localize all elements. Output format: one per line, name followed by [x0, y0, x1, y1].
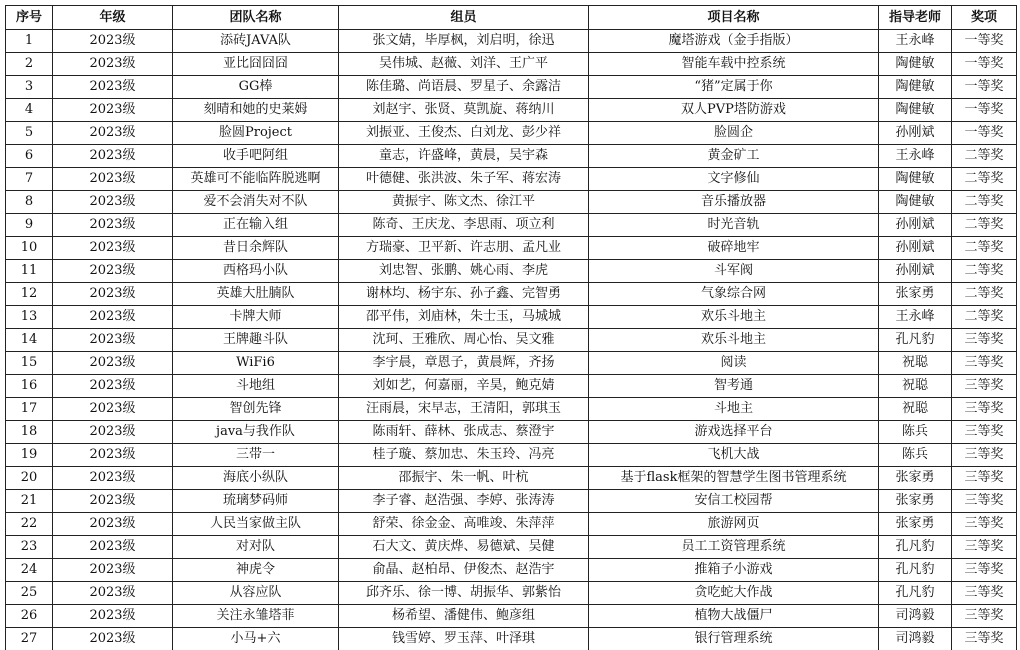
- cell-team: 西格玛小队: [173, 260, 339, 283]
- cell-advisor: 孙刚斌: [879, 214, 952, 237]
- cell-no: 27: [6, 628, 53, 650]
- cell-grade: 2023级: [53, 283, 173, 306]
- cell-no: 23: [6, 536, 53, 559]
- cell-team: 添砖JAVA队: [173, 30, 339, 53]
- header-grade: 年级: [53, 6, 173, 30]
- award-table: 序号 年级 团队名称 组员 项目名称 指导老师 奖项 12023级添砖JAVA队…: [5, 5, 1017, 650]
- cell-project: 音乐播放器: [589, 191, 879, 214]
- cell-no: 19: [6, 444, 53, 467]
- cell-grade: 2023级: [53, 398, 173, 421]
- cell-grade: 2023级: [53, 260, 173, 283]
- cell-team: 英雄大肚腩队: [173, 283, 339, 306]
- cell-members: 吴伟城、赵薇、刘洋、王广平: [339, 53, 589, 76]
- cell-grade: 2023级: [53, 191, 173, 214]
- cell-project: 魔塔游戏（金手指版）: [589, 30, 879, 53]
- table-row: 132023级卡牌大师邵平伟，刘庙林，朱士玉，马城城欢乐斗地主王永峰二等奖: [6, 306, 1017, 329]
- cell-project: 斗地主: [589, 398, 879, 421]
- cell-project: 银行管理系统: [589, 628, 879, 650]
- cell-award: 一等奖: [952, 99, 1017, 122]
- cell-team: 智创先锋: [173, 398, 339, 421]
- cell-team: 收手吧阿组: [173, 145, 339, 168]
- cell-award: 三等奖: [952, 398, 1017, 421]
- cell-award: 二等奖: [952, 283, 1017, 306]
- cell-award: 三等奖: [952, 605, 1017, 628]
- cell-no: 21: [6, 490, 53, 513]
- cell-members: 石大文、黄庆烨、易德斌、吴健: [339, 536, 589, 559]
- cell-project: 阅读: [589, 352, 879, 375]
- cell-project: 飞机大战: [589, 444, 879, 467]
- cell-grade: 2023级: [53, 421, 173, 444]
- cell-award: 二等奖: [952, 306, 1017, 329]
- table-row: 182023级java与我作队陈雨轩、薛林、张成志、蔡澄宇游戏选择平台陈兵三等奖: [6, 421, 1017, 444]
- cell-award: 三等奖: [952, 559, 1017, 582]
- cell-advisor: 陶健敏: [879, 191, 952, 214]
- table-row: 152023级WiFi6李宇晨，章恩子，黄晨辉，齐扬阅读祝聪三等奖: [6, 352, 1017, 375]
- cell-grade: 2023级: [53, 628, 173, 650]
- cell-project: 植物大战僵尸: [589, 605, 879, 628]
- cell-project: 破碎地牢: [589, 237, 879, 260]
- cell-advisor: 张家勇: [879, 490, 952, 513]
- cell-award: 三等奖: [952, 513, 1017, 536]
- cell-award: 三等奖: [952, 536, 1017, 559]
- cell-advisor: 孔凡豹: [879, 329, 952, 352]
- cell-award: 三等奖: [952, 421, 1017, 444]
- cell-no: 22: [6, 513, 53, 536]
- cell-no: 17: [6, 398, 53, 421]
- header-advisor: 指导老师: [879, 6, 952, 30]
- cell-award: 三等奖: [952, 329, 1017, 352]
- cell-no: 4: [6, 99, 53, 122]
- header-row: 序号 年级 团队名称 组员 项目名称 指导老师 奖项: [6, 6, 1017, 30]
- cell-award: 三等奖: [952, 490, 1017, 513]
- cell-no: 20: [6, 467, 53, 490]
- cell-grade: 2023级: [53, 329, 173, 352]
- cell-award: 一等奖: [952, 76, 1017, 99]
- cell-no: 15: [6, 352, 53, 375]
- table-row: 82023级爱不会消失对不队黄振宇、陈文杰、徐江平音乐播放器陶健敏二等奖: [6, 191, 1017, 214]
- cell-members: 李宇晨，章恩子，黄晨辉，齐扬: [339, 352, 589, 375]
- cell-members: 陈奇、王庆龙、李思雨、项立利: [339, 214, 589, 237]
- cell-advisor: 王永峰: [879, 145, 952, 168]
- cell-advisor: 陶健敏: [879, 76, 952, 99]
- cell-no: 8: [6, 191, 53, 214]
- table-row: 212023级琉璃梦码师李子睿、赵浩强、李婷、张涛涛安信工校园帮张家勇三等奖: [6, 490, 1017, 513]
- cell-award: 三等奖: [952, 628, 1017, 650]
- cell-advisor: 张家勇: [879, 283, 952, 306]
- cell-grade: 2023级: [53, 513, 173, 536]
- cell-team: 正在输入组: [173, 214, 339, 237]
- cell-award: 二等奖: [952, 145, 1017, 168]
- cell-award: 三等奖: [952, 582, 1017, 605]
- cell-grade: 2023级: [53, 490, 173, 513]
- cell-advisor: 司鸿毅: [879, 605, 952, 628]
- cell-no: 25: [6, 582, 53, 605]
- cell-project: 贪吃蛇大作战: [589, 582, 879, 605]
- cell-project: 文字修仙: [589, 168, 879, 191]
- cell-grade: 2023级: [53, 444, 173, 467]
- table-row: 172023级智创先锋汪雨晨，宋早志，王清阳，郭琪玉斗地主祝聪三等奖: [6, 398, 1017, 421]
- cell-no: 10: [6, 237, 53, 260]
- cell-members: 舒荣、徐金金、高唯竣、朱萍萍: [339, 513, 589, 536]
- cell-team: 爱不会消失对不队: [173, 191, 339, 214]
- cell-advisor: 王永峰: [879, 30, 952, 53]
- cell-advisor: 张家勇: [879, 513, 952, 536]
- cell-project: 推箱子小游戏: [589, 559, 879, 582]
- cell-members: 刘振亚、王俊杰、白刘龙、彭少祥: [339, 122, 589, 145]
- cell-members: 张文婧，毕厚枫，刘启明，徐迅: [339, 30, 589, 53]
- table-row: 202023级海底小纵队邵振宇、朱一帆、叶杭基于flask框架的智慧学生图书管理…: [6, 467, 1017, 490]
- cell-grade: 2023级: [53, 306, 173, 329]
- cell-award: 三等奖: [952, 352, 1017, 375]
- cell-team: WiFi6: [173, 352, 339, 375]
- cell-team: 昔日余辉队: [173, 237, 339, 260]
- cell-grade: 2023级: [53, 559, 173, 582]
- cell-members: 沈珂、王雅欣、周心怡、吴文雅: [339, 329, 589, 352]
- cell-members: 邵平伟，刘庙林，朱士玉，马城城: [339, 306, 589, 329]
- header-project: 项目名称: [589, 6, 879, 30]
- cell-advisor: 祝聪: [879, 352, 952, 375]
- cell-advisor: 陈兵: [879, 444, 952, 467]
- table-row: 122023级英雄大肚腩队谢林均、杨宇东、孙子鑫、完智勇气象综合网张家勇二等奖: [6, 283, 1017, 306]
- table-row: 112023级西格玛小队刘忠智、张鹏、姚心雨、李虎斗军阀孙刚斌二等奖: [6, 260, 1017, 283]
- cell-no: 1: [6, 30, 53, 53]
- cell-award: 二等奖: [952, 191, 1017, 214]
- cell-award: 一等奖: [952, 53, 1017, 76]
- cell-advisor: 陈兵: [879, 421, 952, 444]
- cell-advisor: 祝聪: [879, 398, 952, 421]
- cell-team: 海底小纵队: [173, 467, 339, 490]
- table-row: 42023级刻晴和她的史莱姆刘赵宇、张贤、莫凯旋、蒋纳川双人PVP塔防游戏陶健敏…: [6, 99, 1017, 122]
- award-table-container: 序号 年级 团队名称 组员 项目名称 指导老师 奖项 12023级添砖JAVA队…: [5, 5, 1017, 650]
- cell-no: 24: [6, 559, 53, 582]
- table-body: 12023级添砖JAVA队张文婧，毕厚枫，刘启明，徐迅魔塔游戏（金手指版）王永峰…: [6, 30, 1017, 650]
- cell-members: 童志，许盛峰，黄晨，吴宇森: [339, 145, 589, 168]
- cell-award: 三等奖: [952, 444, 1017, 467]
- cell-members: 刘忠智、张鹏、姚心雨、李虎: [339, 260, 589, 283]
- table-row: 272023级小马+六钱雪婷、罗玉萍、叶泽琪银行管理系统司鸿毅三等奖: [6, 628, 1017, 650]
- cell-team: 小马+六: [173, 628, 339, 650]
- cell-award: 三等奖: [952, 467, 1017, 490]
- table-row: 252023级从容应队邱齐乐、徐一博、胡振华、郭紫怡贪吃蛇大作战孔凡豹三等奖: [6, 582, 1017, 605]
- cell-grade: 2023级: [53, 168, 173, 191]
- cell-project: 脸圆企: [589, 122, 879, 145]
- cell-members: 刘如艺，何嘉丽，辛昊，鲍克婧: [339, 375, 589, 398]
- cell-project: 斗军阀: [589, 260, 879, 283]
- cell-award: 二等奖: [952, 214, 1017, 237]
- header-no: 序号: [6, 6, 53, 30]
- cell-advisor: 王永峰: [879, 306, 952, 329]
- table-row: 242023级神虎令俞晶、赵柏昂、伊俊杰、赵浩宇推箱子小游戏孔凡豹三等奖: [6, 559, 1017, 582]
- cell-no: 13: [6, 306, 53, 329]
- cell-grade: 2023级: [53, 605, 173, 628]
- cell-members: 黄振宇、陈文杰、徐江平: [339, 191, 589, 214]
- cell-project: 黄金矿工: [589, 145, 879, 168]
- cell-no: 5: [6, 122, 53, 145]
- cell-members: 方瑞豪、卫平新、许志朋、孟凡业: [339, 237, 589, 260]
- cell-no: 3: [6, 76, 53, 99]
- table-row: 262023级关注永雏塔菲杨希望、潘健伟、鲍彦组植物大战僵尸司鸿毅三等奖: [6, 605, 1017, 628]
- cell-members: 邵振宇、朱一帆、叶杭: [339, 467, 589, 490]
- cell-members: 邱齐乐、徐一博、胡振华、郭紫怡: [339, 582, 589, 605]
- table-row: 12023级添砖JAVA队张文婧，毕厚枫，刘启明，徐迅魔塔游戏（金手指版）王永峰…: [6, 30, 1017, 53]
- cell-advisor: 陶健敏: [879, 53, 952, 76]
- table-row: 222023级人民当家做主队舒荣、徐金金、高唯竣、朱萍萍旅游网页张家勇三等奖: [6, 513, 1017, 536]
- cell-team: 神虎令: [173, 559, 339, 582]
- cell-members: 刘赵宇、张贤、莫凯旋、蒋纳川: [339, 99, 589, 122]
- cell-members: 叶德健、张洪波、朱子军、蒋宏涛: [339, 168, 589, 191]
- cell-no: 11: [6, 260, 53, 283]
- cell-grade: 2023级: [53, 99, 173, 122]
- cell-no: 9: [6, 214, 53, 237]
- cell-project: 智能车载中控系统: [589, 53, 879, 76]
- table-row: 232023级对对队石大文、黄庆烨、易德斌、吴健员工工资管理系统孔凡豹三等奖: [6, 536, 1017, 559]
- cell-advisor: 祝聪: [879, 375, 952, 398]
- cell-members: 俞晶、赵柏昂、伊俊杰、赵浩宇: [339, 559, 589, 582]
- cell-project: 气象综合网: [589, 283, 879, 306]
- cell-members: 杨希望、潘健伟、鲍彦组: [339, 605, 589, 628]
- cell-project: 时光音轨: [589, 214, 879, 237]
- cell-project: 双人PVP塔防游戏: [589, 99, 879, 122]
- cell-award: 一等奖: [952, 122, 1017, 145]
- cell-project: 基于flask框架的智慧学生图书管理系统: [589, 467, 879, 490]
- cell-award: 一等奖: [952, 30, 1017, 53]
- cell-no: 26: [6, 605, 53, 628]
- cell-grade: 2023级: [53, 375, 173, 398]
- cell-grade: 2023级: [53, 352, 173, 375]
- cell-team: java与我作队: [173, 421, 339, 444]
- cell-team: 斗地组: [173, 375, 339, 398]
- table-row: 192023级三带一桂子璇、蔡加忠、朱玉玲、冯亮飞机大战陈兵三等奖: [6, 444, 1017, 467]
- cell-grade: 2023级: [53, 122, 173, 145]
- cell-grade: 2023级: [53, 53, 173, 76]
- cell-grade: 2023级: [53, 145, 173, 168]
- cell-advisor: 张家勇: [879, 467, 952, 490]
- cell-project: 欢乐斗地主: [589, 329, 879, 352]
- cell-team: 王牌趣斗队: [173, 329, 339, 352]
- cell-project: 旅游网页: [589, 513, 879, 536]
- cell-members: 汪雨晨，宋早志，王清阳，郭琪玉: [339, 398, 589, 421]
- cell-team: 脸圆Project: [173, 122, 339, 145]
- header-award: 奖项: [952, 6, 1017, 30]
- cell-no: 2: [6, 53, 53, 76]
- cell-grade: 2023级: [53, 237, 173, 260]
- cell-team: 琉璃梦码师: [173, 490, 339, 513]
- cell-team: 对对队: [173, 536, 339, 559]
- cell-team: 人民当家做主队: [173, 513, 339, 536]
- cell-no: 6: [6, 145, 53, 168]
- cell-team: 刻晴和她的史莱姆: [173, 99, 339, 122]
- cell-advisor: 孔凡豹: [879, 536, 952, 559]
- cell-no: 18: [6, 421, 53, 444]
- cell-advisor: 孙刚斌: [879, 237, 952, 260]
- cell-award: 二等奖: [952, 260, 1017, 283]
- cell-members: 李子睿、赵浩强、李婷、张涛涛: [339, 490, 589, 513]
- table-row: 92023级正在输入组陈奇、王庆龙、李思雨、项立利时光音轨孙刚斌二等奖: [6, 214, 1017, 237]
- cell-no: 16: [6, 375, 53, 398]
- cell-team: 关注永雏塔菲: [173, 605, 339, 628]
- cell-advisor: 陶健敏: [879, 99, 952, 122]
- cell-grade: 2023级: [53, 214, 173, 237]
- cell-team: 卡牌大师: [173, 306, 339, 329]
- cell-project: 员工工资管理系统: [589, 536, 879, 559]
- header-team: 团队名称: [173, 6, 339, 30]
- cell-advisor: 司鸿毅: [879, 628, 952, 650]
- table-row: 72023级英雄可不能临阵脱逃啊叶德健、张洪波、朱子军、蒋宏涛文字修仙陶健敏二等…: [6, 168, 1017, 191]
- cell-members: 陈雨轩、薛林、张成志、蔡澄宇: [339, 421, 589, 444]
- cell-team: 亚比囧囧囧: [173, 53, 339, 76]
- cell-project: 智考通: [589, 375, 879, 398]
- cell-advisor: 孔凡豹: [879, 582, 952, 605]
- table-row: 22023级亚比囧囧囧吴伟城、赵薇、刘洋、王广平智能车载中控系统陶健敏一等奖: [6, 53, 1017, 76]
- table-row: 142023级王牌趣斗队沈珂、王雅欣、周心怡、吴文雅欢乐斗地主孔凡豹三等奖: [6, 329, 1017, 352]
- cell-advisor: 孙刚斌: [879, 260, 952, 283]
- cell-no: 7: [6, 168, 53, 191]
- table-row: 102023级昔日余辉队方瑞豪、卫平新、许志朋、孟凡业破碎地牢孙刚斌二等奖: [6, 237, 1017, 260]
- table-row: 52023级脸圆Project刘振亚、王俊杰、白刘龙、彭少祥脸圆企孙刚斌一等奖: [6, 122, 1017, 145]
- cell-no: 14: [6, 329, 53, 352]
- cell-project: 欢乐斗地主: [589, 306, 879, 329]
- cell-team: 从容应队: [173, 582, 339, 605]
- cell-award: 二等奖: [952, 237, 1017, 260]
- cell-team: 英雄可不能临阵脱逃啊: [173, 168, 339, 191]
- cell-grade: 2023级: [53, 582, 173, 605]
- cell-members: 陈佳璐、尚语晨、罗星子、余露洁: [339, 76, 589, 99]
- cell-project: 安信工校园帮: [589, 490, 879, 513]
- cell-grade: 2023级: [53, 536, 173, 559]
- cell-members: 桂子璇、蔡加忠、朱玉玲、冯亮: [339, 444, 589, 467]
- cell-advisor: 孙刚斌: [879, 122, 952, 145]
- cell-grade: 2023级: [53, 30, 173, 53]
- cell-members: 谢林均、杨宇东、孙子鑫、完智勇: [339, 283, 589, 306]
- cell-grade: 2023级: [53, 76, 173, 99]
- table-row: 162023级斗地组刘如艺，何嘉丽，辛昊，鲍克婧智考通祝聪三等奖: [6, 375, 1017, 398]
- cell-project: “猪”定属于你: [589, 76, 879, 99]
- cell-project: 游戏选择平台: [589, 421, 879, 444]
- header-members: 组员: [339, 6, 589, 30]
- cell-grade: 2023级: [53, 467, 173, 490]
- cell-advisor: 孔凡豹: [879, 559, 952, 582]
- table-row: 32023级GG棒陈佳璐、尚语晨、罗星子、余露洁“猪”定属于你陶健敏一等奖: [6, 76, 1017, 99]
- cell-award: 三等奖: [952, 375, 1017, 398]
- cell-team: GG棒: [173, 76, 339, 99]
- cell-award: 二等奖: [952, 168, 1017, 191]
- cell-team: 三带一: [173, 444, 339, 467]
- cell-no: 12: [6, 283, 53, 306]
- table-row: 62023级收手吧阿组童志，许盛峰，黄晨，吴宇森黄金矿工王永峰二等奖: [6, 145, 1017, 168]
- cell-members: 钱雪婷、罗玉萍、叶泽琪: [339, 628, 589, 650]
- cell-advisor: 陶健敏: [879, 168, 952, 191]
